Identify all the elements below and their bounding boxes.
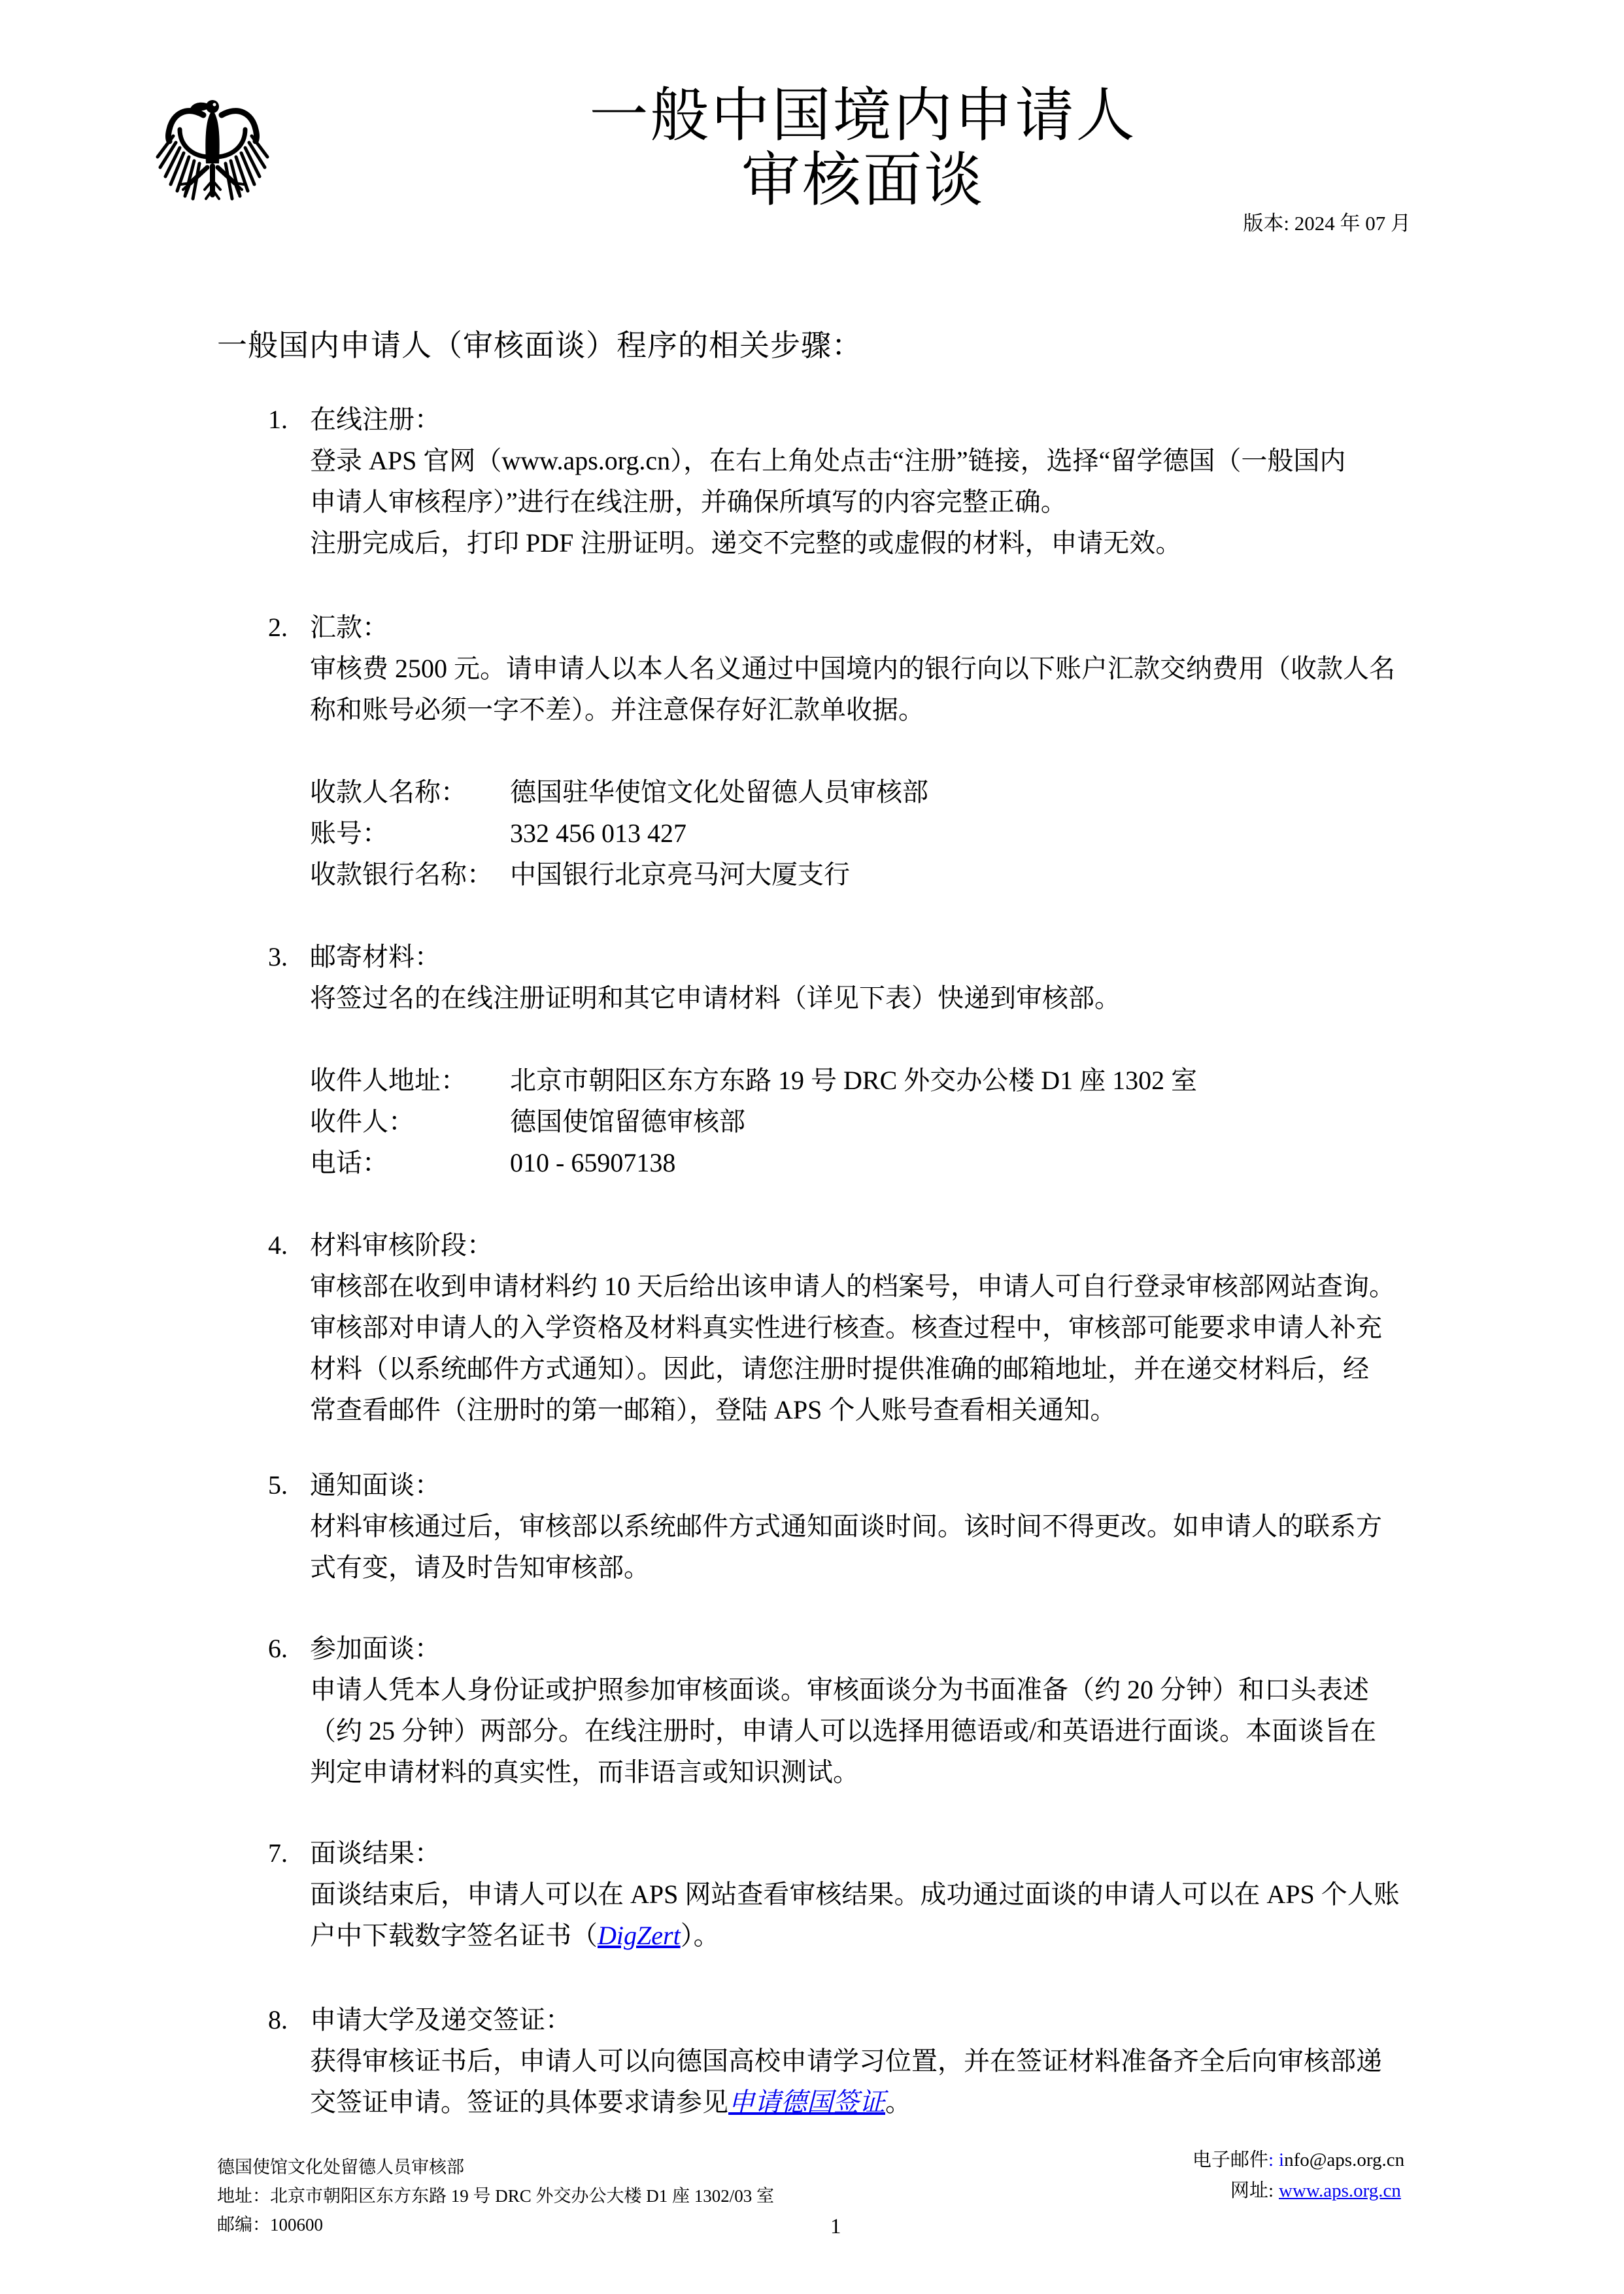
digzert-link[interactable]: DigZert: [598, 1921, 681, 1950]
section-heading: 一般国内申请人（审核面谈）程序的相关步骤：: [217, 322, 862, 365]
aps-website-link[interactable]: www.aps.org.cn: [1279, 2180, 1401, 2201]
step-2: 2. 汇款： 审核费 2500 元。请申请人以本人名义通过中国境内的银行向以下账…: [268, 607, 1549, 895]
step-number: 2.: [268, 607, 310, 895]
step-title: 汇款：: [310, 607, 1549, 648]
step-paragraph: 审核费 2500 元。请申请人以本人名义通过中国境内的银行向以下账户汇款交纳费用…: [310, 648, 1549, 730]
paragraph-text: ）。: [681, 1921, 720, 1950]
website-label: 网址:: [1111, 2176, 1274, 2206]
step-6: 6. 参加面谈： 申请人凭本人身份证或护照参加审核面谈。审核面谈分为书面准备（约…: [268, 1628, 1549, 1793]
step-title: 申请大学及递交签证：: [310, 1999, 1549, 2040]
paragraph-text: 。: [885, 2087, 911, 2117]
step-paragraph: 获得审核证书后，申请人可以向德国高校申请学习位置，并在签证材料准备齐全后向审核部…: [310, 2040, 1549, 2123]
step-title: 在线注册：: [310, 399, 1549, 440]
detail-value: 北京市朝阳区东方东路 19 号 DRC 外交办公楼 D1 座 1302 室: [510, 1060, 1197, 1101]
detail-label: 收款人名称：: [310, 771, 510, 813]
detail-label: 收款银行名称：: [310, 854, 510, 895]
detail-label: 电话：: [310, 1142, 510, 1183]
step-number: 3.: [268, 936, 310, 1183]
step-number: 1.: [268, 399, 310, 564]
step-4: 4. 材料审核阶段： 审核部在收到申请材料约 10 天后给出该申请人的档案号，申…: [268, 1224, 1549, 1430]
step-1: 1. 在线注册： 登录 APS 官网（www.aps.org.cn），在右上角处…: [268, 399, 1549, 564]
step-title: 通知面谈：: [310, 1464, 1549, 1506]
step-paragraph: 面谈结束后，申请人可以在 APS 网站查看审核结果。成功通过面谈的申请人可以在 …: [310, 1874, 1549, 1956]
step-number: 5.: [268, 1464, 310, 1588]
step-3: 3. 邮寄材料： 将签过名的在线注册证明和其它申请材料（详见下表）快递到审核部。…: [268, 936, 1549, 1183]
detail-row: 收款银行名称： 中国银行北京亮马河大厦支行: [310, 854, 1549, 895]
detail-value: 德国使馆留德审核部: [510, 1101, 745, 1142]
footer-email-row: 电子邮件: info@aps.org.cn: [1111, 2145, 1404, 2176]
step-number: 8.: [268, 1999, 310, 2123]
step-title: 面谈结果：: [310, 1832, 1549, 1874]
detail-row: 电话： 010 - 65907138: [310, 1142, 1549, 1183]
footer-address: 地址：北京市朝阳区东方东路 19 号 DRC 外交办公大楼 D1 座 1302/…: [217, 2182, 774, 2210]
german-visa-link[interactable]: 申请德国签证: [728, 2087, 885, 2117]
detail-label: 收件人：: [310, 1101, 510, 1142]
detail-value: 德国驻华使馆文化处留德人员审核部: [510, 771, 928, 813]
detail-value: 010 - 65907138: [510, 1142, 675, 1183]
document-title: 一般中国境内申请人 审核面谈: [102, 84, 1624, 213]
version-label: 版本: 2024 年 07 月: [1243, 207, 1411, 236]
step-8: 8. 申请大学及递交签证： 获得审核证书后，申请人可以向德国高校申请学习位置，并…: [268, 1999, 1549, 2123]
mailing-details: 收件人地址： 北京市朝阳区东方东路 19 号 DRC 外交办公楼 D1 座 13…: [310, 1060, 1549, 1183]
title-line-2: 审核面谈: [102, 148, 1624, 213]
step-paragraph: 将签过名的在线注册证明和其它申请材料（详见下表）快递到审核部。: [310, 977, 1549, 1019]
step-paragraph: 申请人凭本人身份证或护照参加审核面谈。审核面谈分为书面准备（约 20 分钟）和口…: [310, 1669, 1549, 1793]
detail-row: 收款人名称： 德国驻华使馆文化处留德人员审核部: [310, 771, 1549, 813]
footer-org-name: 德国使馆文化处留德人员审核部: [217, 2153, 774, 2182]
detail-label: 收件人地址：: [310, 1060, 510, 1101]
step-paragraph: 登录 APS 官网（www.aps.org.cn），在右上角处点击“注册”链接，…: [310, 440, 1549, 564]
title-line-1: 一般中国境内申请人: [102, 84, 1624, 148]
step-7: 7. 面谈结果： 面谈结束后，申请人可以在 APS 网站查看审核结果。成功通过面…: [268, 1832, 1549, 1956]
step-title: 邮寄材料：: [310, 936, 1549, 977]
detail-row: 收件人： 德国使馆留德审核部: [310, 1101, 1549, 1142]
detail-value: 332 456 013 427: [510, 813, 686, 854]
detail-value: 中国银行北京亮马河大厦支行: [510, 854, 850, 895]
document-page: 一般中国境内申请人 审核面谈 版本: 2024 年 07 月 一般国内申请人（审…: [0, 0, 1624, 2294]
footer-website-row: 网址: www.aps.org.cn: [1111, 2176, 1404, 2206]
detail-row: 收件人地址： 北京市朝阳区东方东路 19 号 DRC 外交办公楼 D1 座 13…: [310, 1060, 1549, 1101]
step-paragraph: 审核部在收到申请材料约 10 天后给出该申请人的档案号，申请人可自行登录审核部网…: [310, 1266, 1549, 1430]
step-number: 4.: [268, 1224, 310, 1430]
step-number: 7.: [268, 1832, 310, 1956]
bank-details: 收款人名称： 德国驻华使馆文化处留德人员审核部 账号： 332 456 013 …: [310, 771, 1549, 895]
step-5: 5. 通知面谈： 材料审核通过后，审核部以系统邮件方式通知面谈时间。该时间不得更…: [268, 1464, 1549, 1588]
footer-address-block: 德国使馆文化处留德人员审核部 地址：北京市朝阳区东方东路 19 号 DRC 外交…: [217, 2153, 774, 2239]
step-paragraph: 材料审核通过后，审核部以系统邮件方式通知面谈时间。该时间不得更改。如申请人的联系…: [310, 1506, 1549, 1588]
page-number: 1: [830, 2215, 841, 2239]
footer-postcode: 邮编：100600: [217, 2210, 774, 2239]
email-value: info@aps.org.cn: [1279, 2145, 1404, 2176]
footer-contact-block: 电子邮件: info@aps.org.cn 网址: www.aps.org.cn: [1111, 2145, 1404, 2206]
step-title: 参加面谈：: [310, 1628, 1549, 1669]
detail-row: 账号： 332 456 013 427: [310, 813, 1549, 854]
step-number: 6.: [268, 1628, 310, 1793]
detail-label: 账号：: [310, 813, 510, 854]
step-title: 材料审核阶段：: [310, 1224, 1549, 1266]
email-label: 电子邮件:: [1111, 2145, 1274, 2176]
paragraph-text: 面谈结束后，申请人可以在 APS 网站查看审核结果。成功通过面谈的申请人可以在 …: [310, 1880, 1400, 1950]
